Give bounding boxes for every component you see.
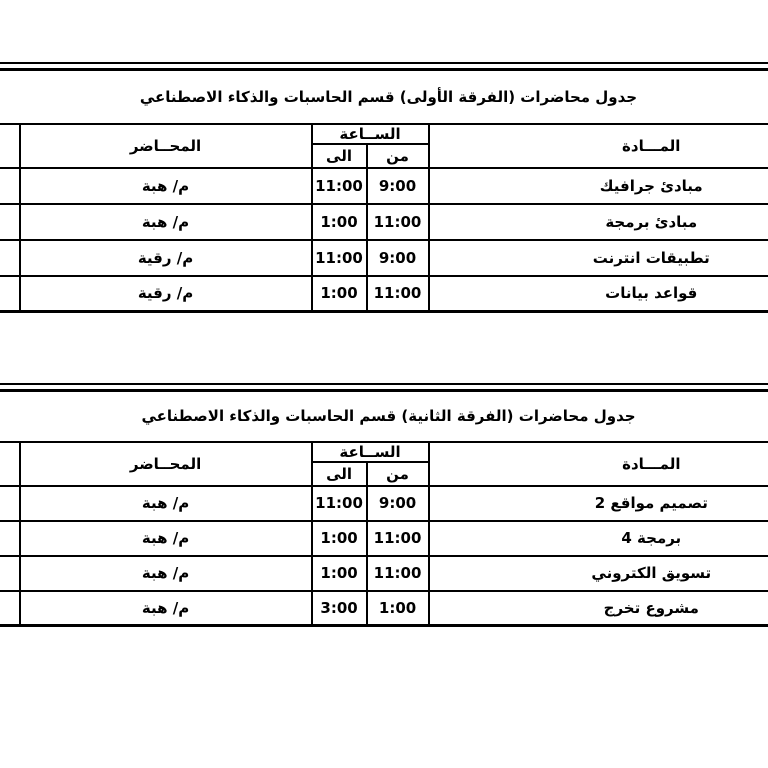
clipped-cell: مـ	[0, 556, 20, 591]
clipped-cell: مـ	[0, 204, 20, 240]
header-hour: الســاعة	[312, 124, 429, 144]
clipped-cell: مـ	[0, 168, 20, 204]
time-from-cell: 11:00	[367, 276, 429, 312]
time-from-cell: 1:00	[367, 591, 429, 626]
time-to-cell: 1:00	[312, 204, 367, 240]
header-to: الى	[312, 144, 367, 168]
clipped-cell: مـ	[0, 276, 20, 312]
document-page: { "page": { "background": "#ffffff", "li…	[0, 0, 768, 768]
lecturer-cell: م/ رقية	[20, 276, 312, 312]
subject-cell: مشروع تخرج	[429, 591, 768, 626]
clipped-cell: مـ	[0, 240, 20, 276]
header-lecturer: المحــاضر	[20, 124, 312, 168]
header-clipped-column	[0, 442, 20, 486]
time-from-cell: 11:00	[367, 556, 429, 591]
table-title: جدول محاضرات (الفرقة الأولى) قسم الحاسبا…	[0, 70, 768, 124]
subject-cell: قواعد بيانات	[429, 276, 768, 312]
header-from: من	[367, 144, 429, 168]
subject-cell: تصميم مواقع 2	[429, 486, 768, 521]
lecturer-cell: م/ رقية	[20, 240, 312, 276]
time-from-cell: 9:00	[367, 486, 429, 521]
table-row: المـــادة الســاعة المحــاضر	[0, 442, 768, 462]
table-row: قواعد بيانات 11:00 1:00 م/ رقية مـ	[0, 276, 768, 312]
header-hour: الســاعة	[312, 442, 429, 462]
table-row: مبادئ برمجة 11:00 1:00 م/ هبة مـ	[0, 204, 768, 240]
time-from-cell: 9:00	[367, 240, 429, 276]
lecturer-cell: م/ هبة	[20, 521, 312, 556]
lecturer-cell: م/ هبة	[20, 486, 312, 521]
clipped-cell: مـ	[0, 521, 20, 556]
table-row: مبادئ جرافيك 9:00 11:00 م/ هبة مـ	[0, 168, 768, 204]
header-to: الى	[312, 462, 367, 486]
subject-cell: تطبيقات انترنت	[429, 240, 768, 276]
subject-cell: تسويق الكتروني	[429, 556, 768, 591]
horizontal-separator-line	[0, 62, 768, 64]
time-from-cell: 11:00	[367, 521, 429, 556]
lecturer-cell: م/ هبة	[20, 591, 312, 626]
table-row: مشروع تخرج 1:00 3:00 م/ هبة مـ	[0, 591, 768, 626]
table-row: جدول محاضرات (الفرقة الأولى) قسم الحاسبا…	[0, 70, 768, 124]
time-to-cell: 11:00	[312, 486, 367, 521]
header-clipped-column	[0, 124, 20, 168]
subject-cell: مبادئ جرافيك	[429, 168, 768, 204]
header-subject: المـــادة	[429, 124, 768, 168]
clipped-cell: مـ	[0, 486, 20, 521]
table-row: برمجة 4 11:00 1:00 م/ هبة مـ	[0, 521, 768, 556]
lecturer-cell: م/ هبة	[20, 556, 312, 591]
lecturer-cell: م/ هبة	[20, 168, 312, 204]
schedule-table-first-year: جدول محاضرات (الفرقة الأولى) قسم الحاسبا…	[0, 68, 768, 313]
subject-cell: برمجة 4	[429, 521, 768, 556]
table-row: تسويق الكتروني 11:00 1:00 م/ هبة مـ	[0, 556, 768, 591]
time-from-cell: 9:00	[367, 168, 429, 204]
header-lecturer: المحــاضر	[20, 442, 312, 486]
table-row: تصميم مواقع 2 9:00 11:00 م/ هبة مـ	[0, 486, 768, 521]
header-from: من	[367, 462, 429, 486]
header-subject: المـــادة	[429, 442, 768, 486]
lecturer-cell: م/ هبة	[20, 204, 312, 240]
table-row: جدول محاضرات (الفرقة الثانية) قسم الحاسب…	[0, 391, 768, 442]
table-row: المـــادة الســاعة المحــاضر	[0, 124, 768, 144]
table-row: تطبيقات انترنت 9:00 11:00 م/ رقية مـ	[0, 240, 768, 276]
horizontal-separator-line	[0, 383, 768, 385]
clipped-cell: مـ	[0, 591, 20, 626]
time-to-cell: 1:00	[312, 276, 367, 312]
time-from-cell: 11:00	[367, 204, 429, 240]
time-to-cell: 3:00	[312, 591, 367, 626]
time-to-cell: 11:00	[312, 240, 367, 276]
table-title: جدول محاضرات (الفرقة الثانية) قسم الحاسب…	[0, 391, 768, 442]
subject-cell: مبادئ برمجة	[429, 204, 768, 240]
schedule-table-second-year: جدول محاضرات (الفرقة الثانية) قسم الحاسب…	[0, 389, 768, 627]
time-to-cell: 11:00	[312, 168, 367, 204]
time-to-cell: 1:00	[312, 521, 367, 556]
time-to-cell: 1:00	[312, 556, 367, 591]
